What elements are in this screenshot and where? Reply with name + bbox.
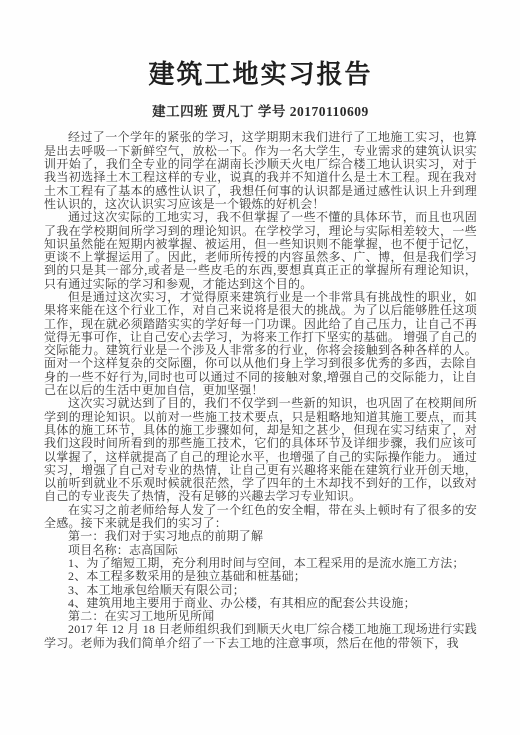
paragraph: 经过了一个学年的紧张的学习，这学期期末我们进行了工地施工实习，也算是出去呼吸一下… (44, 131, 477, 211)
paragraph: 但是通过这次实习，才觉得原来建筑行业是一个非常具有挑战性的职业，如果将来能在这个… (44, 291, 477, 397)
document-byline: 建工四班 贾凡丁 学号 20170110609 (44, 103, 477, 121)
document-page: 建筑工地实习报告 建工四班 贾凡丁 学号 20170110609 经过了一个学年… (0, 0, 520, 735)
page-title: 建筑工地实习报告 (44, 60, 477, 90)
paragraph: 项目名称：志高国际 (44, 544, 477, 557)
paragraph: 在实习之前老师给每人发了一个红色的安全帽，带在头上顿时有了很多的安全感。接下来就… (44, 504, 477, 531)
paragraph: 2017 年 12 月 18 日老师组织我们到顺天火电厂综合楼工地施工现场进行实… (44, 623, 477, 650)
paragraph: 这次实习就达到了目的，我们不仅学到一些新的知识，也巩固了在校期间所学到的理论知识… (44, 397, 477, 503)
paragraph: 通过这次实际的工地实习，我不但掌握了一些不懂的具体环节，而且也巩固了我在学校期间… (44, 211, 477, 291)
paragraph: 3、本工地承包给顺天有限公司； (44, 584, 477, 597)
paragraph: 2、本工程多数采用的是独立基础和桩基础； (44, 570, 477, 583)
document-body: 经过了一个学年的紧张的学习，这学期期末我们进行了工地施工实习，也算是出去呼吸一下… (44, 131, 477, 650)
paragraph: 第一：我们对于实习地点的前期了解 (44, 530, 477, 543)
